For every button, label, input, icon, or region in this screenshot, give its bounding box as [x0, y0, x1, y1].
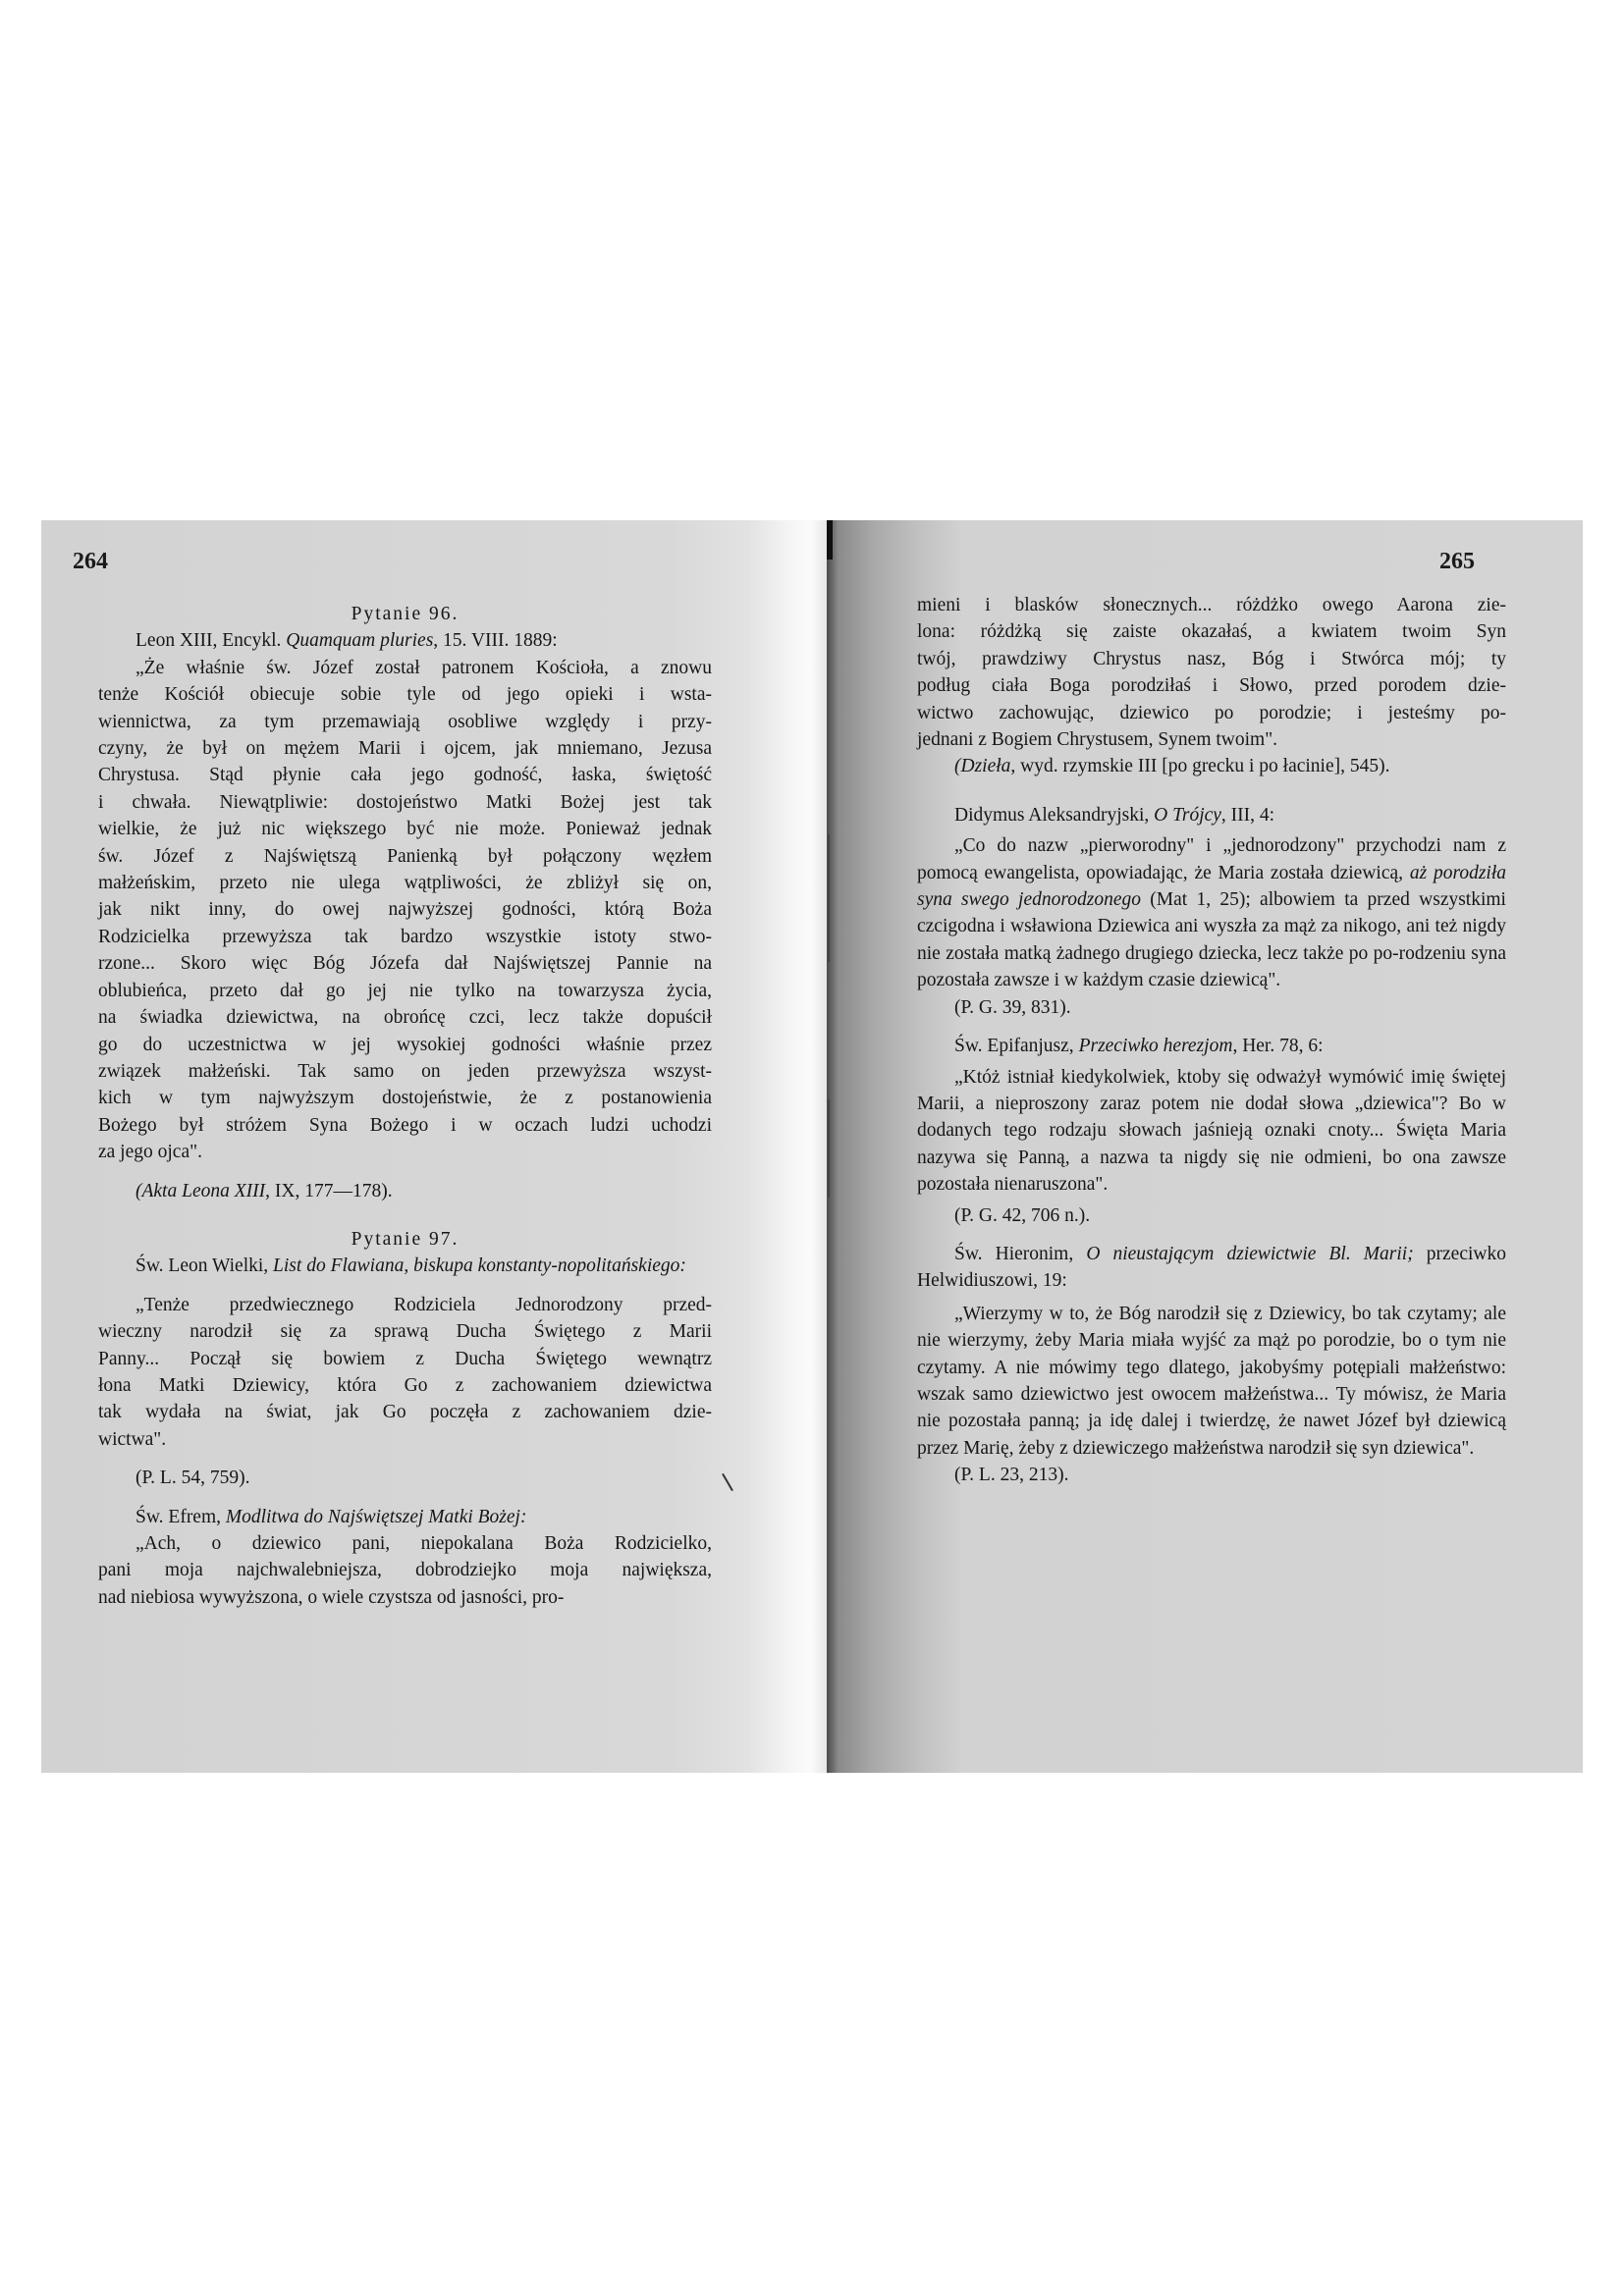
book-scan: 264 Pytanie 96. Leon XIII, Encykl. Quamq…	[41, 520, 1583, 1773]
text-line: św. Józef z Najświętszą Panienką był poł…	[98, 843, 712, 870]
efrem-source: Św. Efrem, Modlitwa do Najświętszej Matk…	[98, 1504, 712, 1530]
didymus-source: Didymus Aleksandryjski, O Trójcy, III, 4…	[917, 802, 1506, 828]
text-line: rzone... Skoro więc Bóg Józefa dał Najśw…	[98, 950, 712, 977]
text-line: Chrystusa. Stąd płynie cała jego godność…	[98, 762, 712, 788]
epifaniusz-citation: (P. G. 42, 706 n.).	[917, 1202, 1506, 1229]
left-text-block: Pytanie 96. Leon XIII, Encykl. Quamquam …	[98, 601, 712, 1611]
page-number-right: 265	[1439, 549, 1475, 575]
text-line: podług ciała Boga porodziłaś i Słowo, pr…	[917, 672, 1506, 699]
epifaniusz-source: Św. Epifanjusz, Przeciwko herezjom, Her.…	[917, 1033, 1506, 1059]
text-line: związek małżeński. Tak samo on jeden prz…	[98, 1058, 712, 1085]
right-page: 265 mieni i blasków słonecznych... różdż…	[827, 520, 1583, 1773]
didymus-quote: „Co do nazw „pierworodny" i „jednorodzon…	[917, 832, 1506, 993]
text-line: „Tenże przedwiecznego Rodziciela Jednoro…	[98, 1292, 712, 1318]
text-line: wictwa".	[98, 1426, 712, 1453]
text-line: tak wydała na świat, jak Go poczęła z za…	[98, 1399, 712, 1425]
text-line: wiennictwa, za tym przemawiają osobliwe …	[98, 709, 712, 735]
heading-question-96: Pytanie 96.	[98, 601, 712, 627]
text-line: na świadka dziewictwa, na obrońcę czci, …	[98, 1004, 712, 1031]
right-text-block: mieni i blasków słonecznych... różdżko o…	[917, 592, 1506, 1489]
epifaniusz-quote: „Któż istniał kiedykolwiek, ktoby się od…	[917, 1064, 1506, 1199]
page-number-left: 264	[73, 549, 108, 575]
q96-source: Leon XIII, Encykl. Quamquam pluries, 15.…	[98, 627, 712, 654]
left-page: 264 Pytanie 96. Leon XIII, Encykl. Quamq…	[41, 520, 827, 1773]
q96-citation: (Akta Leona XIII, IX, 177—178).	[98, 1178, 712, 1204]
efrem-citation: (Dzieła, wyd. rzymskie III [po grecku i …	[917, 753, 1506, 779]
spine-crease	[828, 1099, 830, 1198]
spine-crease	[828, 834, 830, 962]
q97-citation: (P. L. 54, 759).	[98, 1465, 712, 1491]
text-line: jednani z Bogiem Chrystusem, Synem twoim…	[917, 726, 1506, 753]
text-line: wictwo zachowując, dziewico po porodzie;…	[917, 700, 1506, 726]
text-line: oblubieńca, przeto dał go jej nie tylko …	[98, 978, 712, 1004]
text-line: małżeńskim, przeto nie ulega wątpliwości…	[98, 870, 712, 896]
didymus-citation: (P. G. 39, 831).	[917, 994, 1506, 1021]
text-line: i chwała. Niewątpliwie: dostojeństwo Mat…	[98, 789, 712, 816]
heading-question-97: Pytanie 97.	[98, 1226, 712, 1253]
text-line: „Że właśnie św. Józef został patronem Ko…	[98, 655, 712, 681]
text-line: jak nikt inny, do owej najwyższej godnoś…	[98, 896, 712, 923]
text-line: twój, prawdziwy Chrystus nasz, Bóg i Stw…	[917, 646, 1506, 672]
text-line: łona Matki Dziewicy, która Go z zachowan…	[98, 1372, 712, 1399]
text-line: nad niebiosa wywyższona, o wiele czystsz…	[98, 1584, 712, 1611]
efrem-quote-continued: mieni i blasków słonecznych... różdżko o…	[917, 592, 1506, 753]
text-line: pani moja najchwalebniejsza, dobrodziejk…	[98, 1557, 712, 1583]
text-line: kich w tym najwyższym dostojeństwie, że …	[98, 1085, 712, 1111]
hieronim-citation: (P. L. 23, 213).	[917, 1462, 1506, 1488]
text-line: lona: różdżką się zaiste okazałaś, a kwi…	[917, 618, 1506, 645]
text-line: wielkie, że już nic większego być nie mo…	[98, 816, 712, 842]
text-line: Bożego był stróżem Syna Bożego i w oczac…	[98, 1112, 712, 1139]
hieronim-source: Św. Hieronim, O nieustającym dziewictwie…	[917, 1241, 1506, 1295]
q97-quote: „Tenże przedwiecznego Rodziciela Jednoro…	[98, 1292, 712, 1453]
q97-source: Św. Leon Wielki, List do Flawiana, bisku…	[98, 1253, 712, 1279]
text-line: wieczny narodził się za sprawą Ducha Świ…	[98, 1318, 712, 1345]
text-line: tenże Kościół obiecuje sobie tyle od jeg…	[98, 681, 712, 708]
text-line: za jego ojca".	[98, 1139, 712, 1165]
gutter-shadow	[827, 520, 833, 560]
text-line: Panny... Począł się bowiem z Ducha Święt…	[98, 1346, 712, 1372]
efrem-quote: „Ach, o dziewico pani, niepokalana Boża …	[98, 1530, 712, 1611]
hieronim-quote: „Wierzymy w to, że Bóg narodził się z Dz…	[917, 1301, 1506, 1462]
text-line: czyny, że był on mężem Marii i ojcem, ja…	[98, 735, 712, 762]
text-line: go do uczestnictwa w jej wysokiej godnoś…	[98, 1032, 712, 1058]
text-line: Rodzicielka przewyższa tak bardzo wszyst…	[98, 924, 712, 950]
ink-mark	[722, 1473, 733, 1491]
q96-quote: „Że właśnie św. Józef został patronem Ko…	[98, 655, 712, 1166]
text-line: „Ach, o dziewico pani, niepokalana Boża …	[98, 1530, 712, 1557]
text-line: mieni i blasków słonecznych... różdżko o…	[917, 592, 1506, 618]
